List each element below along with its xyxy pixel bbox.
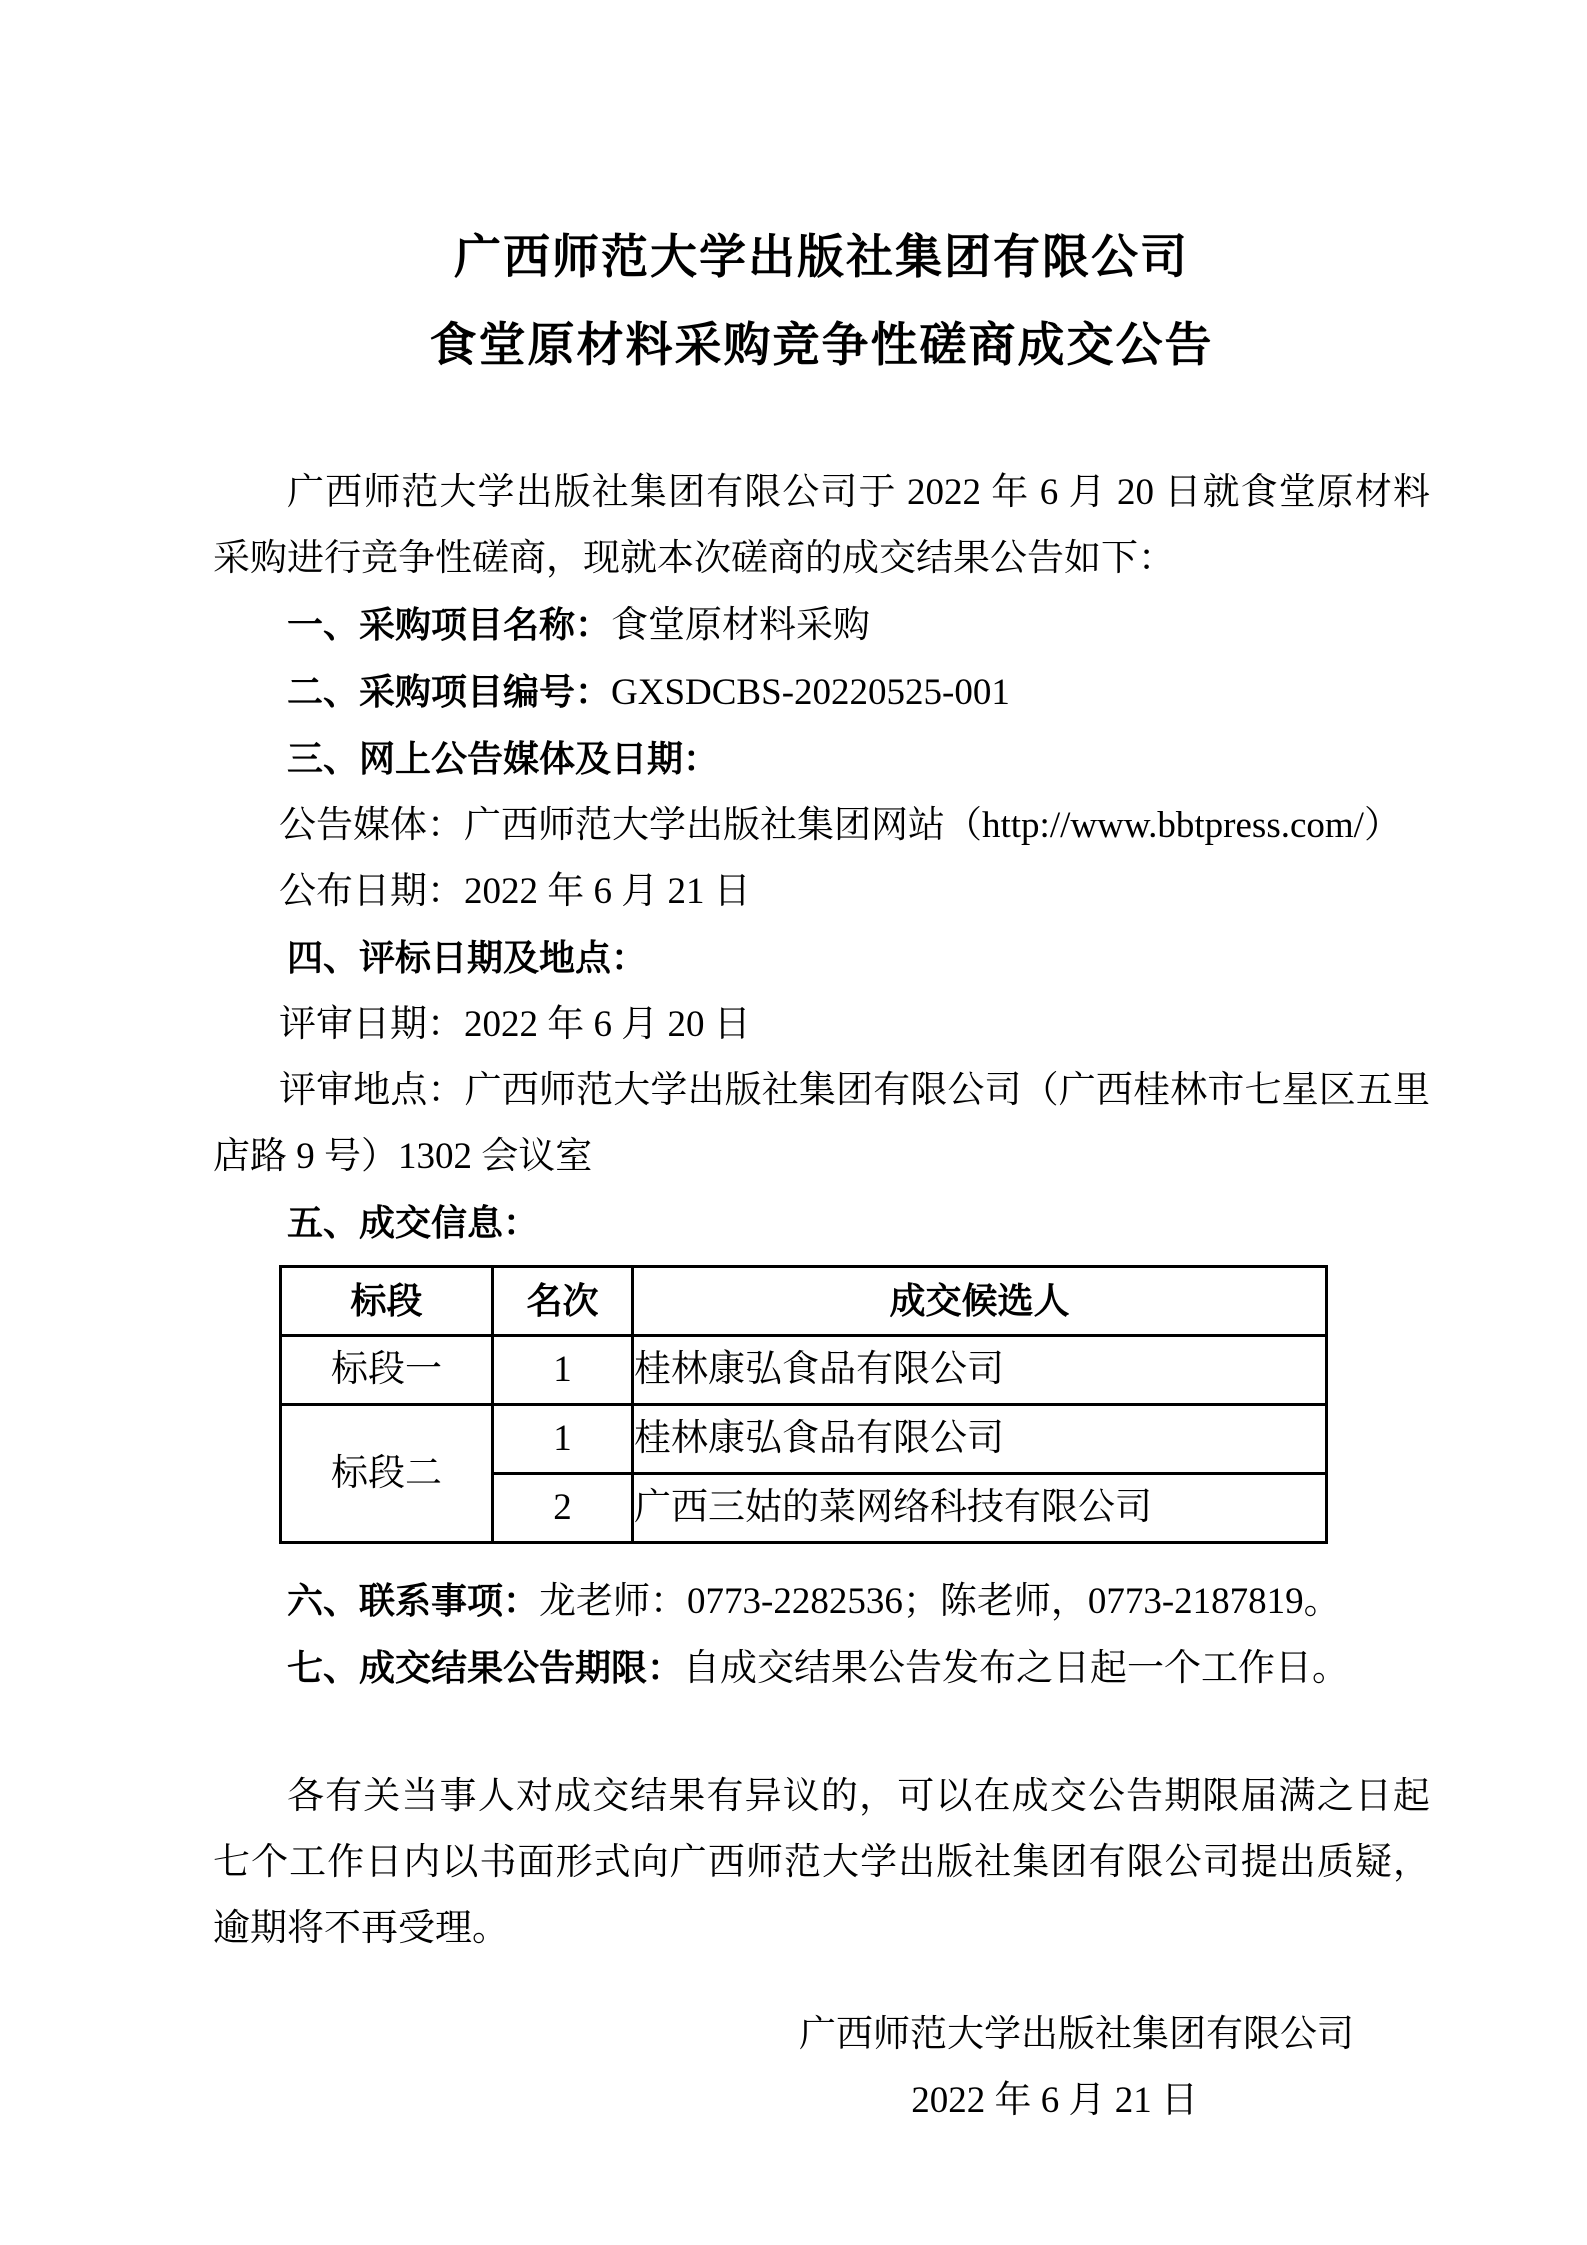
publish-date-line: 公布日期：2022 年 6 月 21 日 [213, 859, 1430, 925]
document-page: 广西师范大学出版社集团有限公司 食堂原材料采购竞争性磋商成交公告 广西师范大学出… [0, 0, 1587, 2245]
title-line-1: 广西师范大学出版社集团有限公司 [213, 228, 1430, 288]
item-4-review-date-place: 四、评标日期及地点： [213, 925, 1430, 992]
review-place-line: 评审地点：广西师范大学出版社集团有限公司（广西桂林市七星区五里店路 9 号）13… [213, 1058, 1430, 1190]
header-section: 标段 [281, 1267, 493, 1336]
award-result-table: 标段 名次 成交候选人 标段一 1 桂林康弘食品有限公司 标段二 1 桂林康弘食… [279, 1265, 1328, 1544]
item-3-label: 三、网上公告媒体及日期： [287, 738, 719, 779]
cell-section-2: 标段二 [281, 1405, 493, 1543]
item-6-value: 龙老师：0773-2282536；陈老师，0773-2187819。 [539, 1581, 1341, 1622]
header-candidate: 成交候选人 [633, 1267, 1327, 1336]
review-date-line: 评审日期：2022 年 6 月 20 日 [213, 992, 1430, 1058]
cell-candidate: 桂林康弘食品有限公司 [633, 1405, 1327, 1474]
document-title: 广西师范大学出版社集团有限公司 食堂原材料采购竞争性磋商成交公告 [213, 228, 1430, 376]
item-2-value: GXSDCBS-20220525-001 [611, 672, 1010, 713]
signature-date: 2022 年 6 月 21 日 [213, 2068, 1430, 2134]
signature-company: 广西师范大学出版社集团有限公司 [213, 2002, 1430, 2068]
item-5-award-info: 五、成交信息： [213, 1190, 1430, 1257]
intro-paragraph: 广西师范大学出版社集团有限公司于 2022 年 6 月 20 日就食堂原材料采购… [213, 460, 1430, 592]
table-header-row: 标段 名次 成交候选人 [281, 1267, 1327, 1336]
item-7-announcement-period: 七、成交结果公告期限：自成交结果公告发布之日起一个工作日。 [213, 1635, 1430, 1702]
item-1-label: 一、采购项目名称： [287, 604, 611, 645]
item-7-label: 七、成交结果公告期限： [287, 1647, 683, 1688]
cell-candidate: 广西三姑的菜网络科技有限公司 [633, 1474, 1327, 1543]
item-2-project-number: 二、采购项目编号：GXSDCBS-20220525-001 [213, 659, 1430, 726]
table-row: 标段一 1 桂林康弘食品有限公司 [281, 1336, 1327, 1405]
item-3-announcement-media: 三、网上公告媒体及日期： [213, 726, 1430, 793]
item-4-label: 四、评标日期及地点： [287, 937, 647, 978]
item-5-label: 五、成交信息： [287, 1202, 539, 1243]
item-6-label: 六、联系事项： [287, 1580, 539, 1621]
item-6-contact: 六、联系事项：龙老师：0773-2282536；陈老师，0773-2187819… [213, 1568, 1430, 1635]
table-row: 标段二 1 桂林康弘食品有限公司 [281, 1405, 1327, 1474]
cell-section-1: 标段一 [281, 1336, 493, 1405]
header-rank: 名次 [493, 1267, 633, 1336]
item-1-value: 食堂原材料采购 [611, 605, 870, 646]
item-1-project-name: 一、采购项目名称：食堂原材料采购 [213, 592, 1430, 659]
title-line-2: 食堂原材料采购竞争性磋商成交公告 [213, 316, 1430, 376]
closing-paragraph: 各有关当事人对成交结果有异议的，可以在成交公告期限届满之日起七个工作日内以书面形… [213, 1764, 1430, 1962]
cell-rank: 2 [493, 1474, 633, 1543]
cell-rank: 1 [493, 1405, 633, 1474]
media-line: 公告媒体：广西师范大学出版社集团网站（http://www.bbtpress.c… [213, 793, 1430, 859]
cell-rank: 1 [493, 1336, 633, 1405]
item-7-value: 自成交结果公告发布之日起一个工作日。 [683, 1648, 1349, 1689]
cell-candidate: 桂林康弘食品有限公司 [633, 1336, 1327, 1405]
item-2-label: 二、采购项目编号： [287, 671, 611, 712]
